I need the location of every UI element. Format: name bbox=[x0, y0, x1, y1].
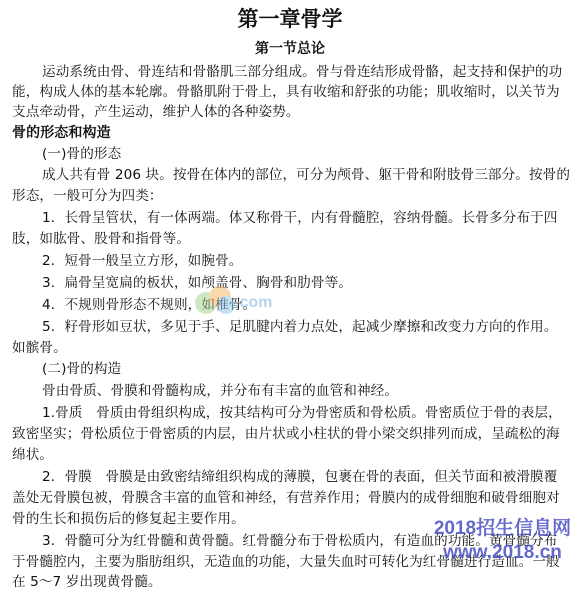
paragraph-line: 能，构成人体的基本轮廓。骨骼肌附于骨上，具有收缩和舒张的功能；肌收缩时，以关节为 bbox=[12, 83, 572, 102]
list-item: 2．短骨一般呈立方形，如腕骨。 bbox=[42, 252, 572, 271]
paragraph-line: 支点牵动骨，产生运动，维护人体的各种姿势。 bbox=[12, 103, 572, 122]
document-page: 第一章骨学 第一节总论 运动系统由骨、骨连结和骨骼肌三部分组成。骨与骨连结形成骨… bbox=[0, 0, 580, 590]
list-item: 3．骨髓可分为红骨髓和黄骨髓。红骨髓分布于骨松质内，有造血的功能。黄骨髓分布 bbox=[42, 532, 572, 551]
list-item-continued: 在 5～7 岁出现黄骨髓。 bbox=[12, 573, 572, 590]
list-item-continued: 骨的生长和损伤后的修复起主要作用。 bbox=[12, 510, 572, 529]
chapter-title: 第一章骨学 bbox=[0, 6, 580, 32]
subsection-heading: (二)骨的构造 bbox=[42, 360, 572, 379]
paragraph-line: 形态，一般可分为四类： bbox=[12, 187, 572, 206]
list-item-continued: 于骨髓腔内，主要为脂肪组织，无造血的功能，大量失血时可转化为红骨髓进行造血。一般 bbox=[12, 553, 572, 572]
list-item-continued: 如髌骨。 bbox=[12, 339, 572, 358]
section-title: 第一节总论 bbox=[0, 39, 580, 59]
list-item: 1．长骨呈管状，有一体两端。体又称骨干，内有骨髓腔，容纳骨髓。长骨多分布于四 bbox=[42, 209, 572, 228]
list-item: 2．骨膜 骨膜是由致密结缔组织构成的薄膜，包裹在骨的表面，但关节面和被滑膜覆 bbox=[42, 468, 572, 487]
paragraph-line: 运动系统由骨、骨连结和骨骼肌三部分组成。骨与骨连结形成骨骼，起支持和保护的功 bbox=[42, 63, 572, 82]
list-item-continued: 肢，如肱骨、股骨和指骨等。 bbox=[12, 230, 572, 249]
list-item: 4．不规则骨形态不规则，如椎骨。 bbox=[42, 296, 572, 315]
paragraph-line: 骨由骨质、骨膜和骨髓构成，并分布有丰富的血管和神经。 bbox=[42, 382, 572, 401]
list-item: 1.骨质 骨质由骨组织构成，按其结构可分为骨密质和骨松质。骨密质位于骨的表层， bbox=[42, 404, 572, 423]
subsection-heading: (一)骨的形态 bbox=[42, 145, 572, 164]
list-item: 3．扁骨呈宽扁的板状，如颅盖骨、胸骨和肋骨等。 bbox=[42, 274, 572, 293]
section-heading: 骨的形态和构造 bbox=[12, 124, 572, 143]
paragraph-line: 成人共有骨 206 块。按骨在体内的部位，可分为颅骨、躯干骨和附肢骨三部分。按骨… bbox=[42, 166, 572, 185]
list-item: 5．籽骨形如豆状，多见于手、足肌腱内着力点处，起减少摩擦和改变力方向的作用。 bbox=[42, 318, 572, 337]
list-item-continued: 绵状。 bbox=[12, 446, 572, 465]
list-item-continued: 盖处无骨膜包被，骨膜含丰富的血管和神经，有营养作用；骨膜内的成骨细胞和破骨细胞对 bbox=[12, 489, 572, 508]
list-item-continued: 致密坚实；骨松质位于骨密质的内层，由片状或小柱状的骨小梁交织排列而成，呈疏松的海 bbox=[12, 425, 572, 444]
